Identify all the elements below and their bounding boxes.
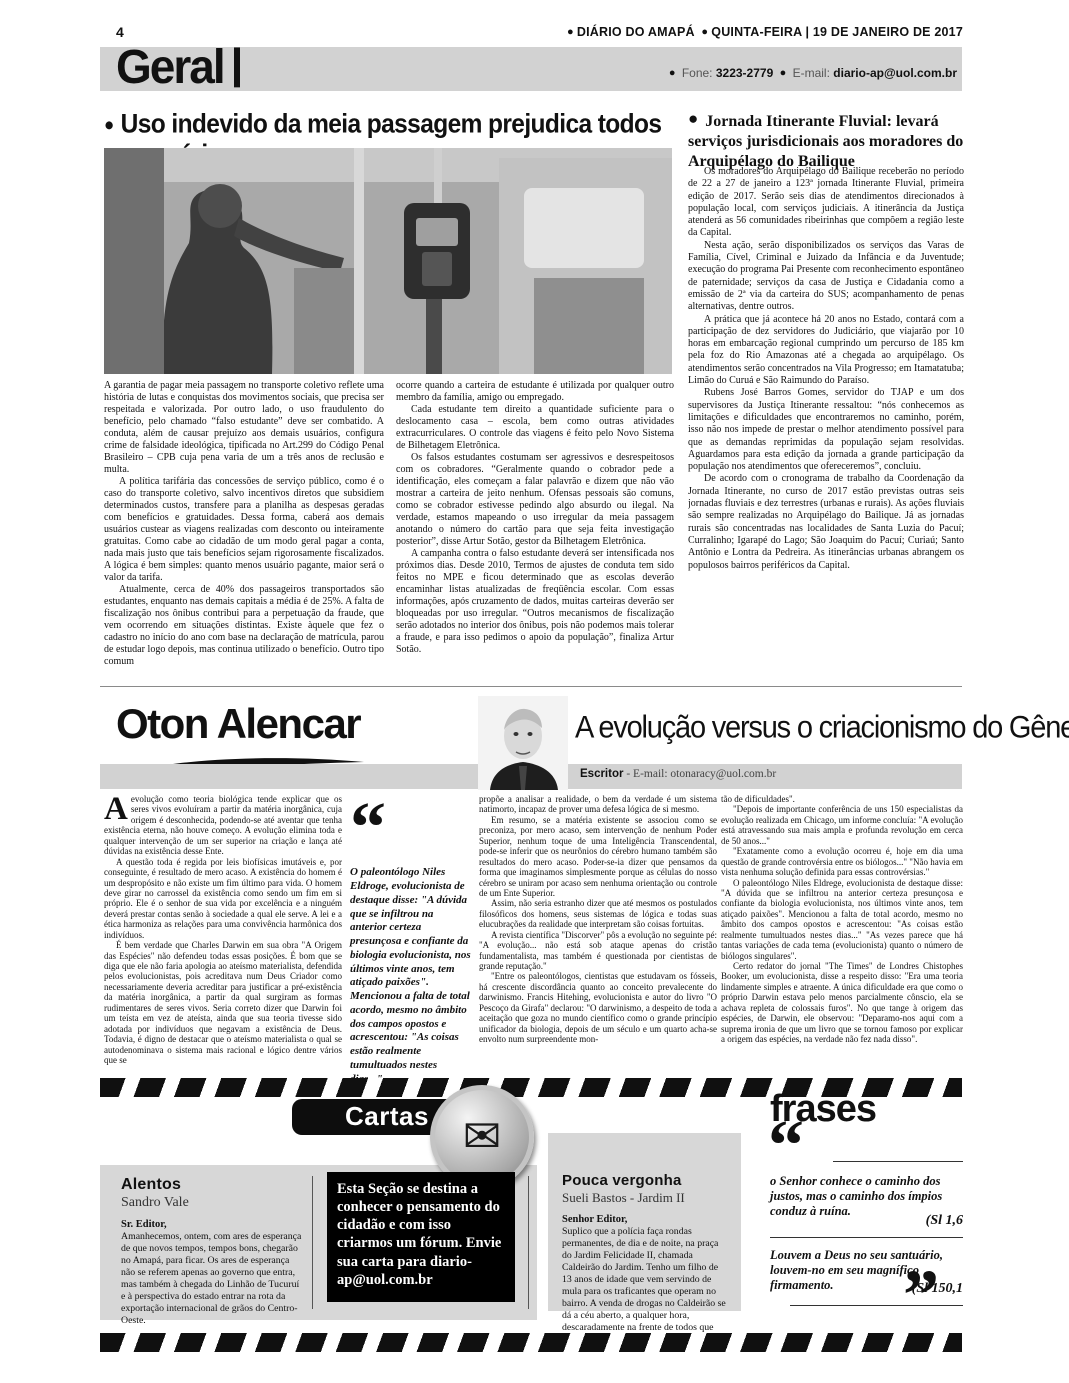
pull-quote-box: “ O paleontólogo Niles Eldroge, evolucio…: [350, 802, 472, 1086]
column-title: A evolução versus o criacionismo do Gêne…: [575, 710, 965, 746]
decorative-film-strip-bottom: [100, 1333, 962, 1352]
letter-author: Sandro Vale: [121, 1195, 303, 1211]
email-icon: ●: [777, 67, 790, 79]
paragraph: A prática que já acontece há 20 anos no …: [688, 314, 964, 388]
frases-rule: [790, 1305, 963, 1306]
letter-author: Sueli Bastos - Jardim II: [562, 1190, 730, 1206]
close-quote-icon: ”: [903, 1270, 935, 1320]
pull-quote-text: O paleontólogo Niles Eldroge, evolucioni…: [350, 866, 472, 1086]
paragraph: "Depois de importante conferência de uns…: [721, 804, 963, 846]
vertical-divider: [528, 1176, 529, 1309]
email-label: E-mail:: [793, 66, 830, 80]
vertical-divider: [312, 1176, 313, 1309]
letter-body: Suplico que a polícia faça rondas perman…: [562, 1226, 730, 1345]
email-address: diario-ap@uol.com.br: [833, 66, 957, 80]
frase-ref-1: (Sl 1,6: [770, 1213, 963, 1229]
paragraph: Em resumo, se a matéria existente se ass…: [479, 815, 717, 899]
phone-icon: ●: [666, 67, 679, 79]
oton-column-3: propõe a analisar a realidade, o bem da …: [479, 794, 717, 1074]
newspaper-page: 4 ●DIÁRIO DO AMAPÁ ●QUINTA-FEIRA | 19 DE…: [0, 0, 1069, 1383]
paragraph: Rubens José Barros Gomes, servidor do TJ…: [688, 387, 964, 473]
date-line: QUINTA-FEIRA | 19 DE JANEIRO DE 2017: [711, 25, 963, 39]
letter-body: Amanhecemos, ontem, com ares de esperanç…: [121, 1231, 303, 1327]
section-title: Geral: [116, 38, 240, 95]
letter-salutation: Senhor Editor,: [562, 1214, 730, 1225]
meia-passagem-column-1: A garantia de pagar meia passagem no tra…: [104, 380, 384, 676]
open-quote-icon: “: [350, 802, 472, 852]
paragraph: O paleontólogo Niles Eldrege, evolucioni…: [721, 878, 963, 962]
paragraph: Cada estudante tem direito a quantidade …: [396, 404, 674, 452]
oton-column-1: Aevolução como teoria biológica tende ex…: [104, 794, 342, 1074]
fone-number: 3223-2779: [716, 66, 773, 80]
bus-photo-illustration: [104, 148, 672, 374]
paragraph: A garantia de pagar meia passagem no tra…: [104, 380, 384, 476]
paragraph: Os falsos estudantes costumam ser agress…: [396, 452, 674, 548]
paragraph: Nesta ação, serão disponibilizados os se…: [688, 240, 964, 314]
drop-cap: A: [104, 794, 131, 823]
byline-role: Escritor: [580, 768, 623, 780]
edition-line: ●DIÁRIO DO AMAPÁ ●QUINTA-FEIRA | 19 DE J…: [564, 25, 963, 39]
jornada-article-body: Os moradores do Arquipélago do Bailique …: [688, 166, 964, 666]
letter-pouca-vergonha: Pouca vergonha Sueli Bastos - Jardim II …: [562, 1172, 730, 1345]
bullet-icon: ●: [698, 26, 711, 38]
open-quote-icon: “: [768, 1120, 800, 1170]
section-title-bar: [234, 47, 240, 87]
contact-line: ● Fone: 3223-2779 ● E-mail: diario-ap@uo…: [666, 66, 957, 80]
oton-column-4: tão de dificuldades". "Depois de importa…: [721, 794, 963, 1074]
paragraph: Assim, não seria estranho dizer que até …: [479, 898, 717, 929]
paragraph: ocorre quando a carteira de estudante é …: [396, 380, 674, 404]
columnist-portrait: [478, 696, 568, 790]
paragraph: A revista científica "Discorver" pôs a e…: [479, 930, 717, 972]
byline-email: - E-mail: otonaracy@uol.com.br: [623, 768, 776, 780]
headline-text: Jornada Itinerante Fluvial: levará servi…: [688, 113, 963, 170]
paragraph: Certo redator do jornal "The Times" de L…: [721, 961, 963, 1045]
fone-label: Fone:: [682, 66, 713, 80]
headline-jornada-itinerante: ●Jornada Itinerante Fluvial: levará serv…: [688, 108, 964, 172]
paper-name: DIÁRIO DO AMAPÁ: [577, 25, 695, 39]
frases-rule: [770, 1237, 963, 1238]
paragraph: A questão toda é regida por leis biofísi…: [104, 857, 342, 941]
article-photo-bus-interior: [104, 148, 672, 374]
letter-salutation: Sr. Editor,: [121, 1219, 303, 1230]
paragraph: É bem verdade que Charles Darwin em sua …: [104, 940, 342, 1065]
columnist-name: Oton Alencar: [116, 700, 360, 748]
letter-alentos: Alentos Sandro Vale Sr. Editor, Amanhece…: [121, 1176, 303, 1327]
section-divider-rule: [100, 686, 962, 687]
paragraph: De acordo com o cronograma de trabalho d…: [688, 473, 964, 571]
paragraph-with-dropcap: Aevolução como teoria biológica tende ex…: [104, 794, 342, 857]
letter-title: Alentos: [121, 1176, 303, 1194]
paragraph: propõe a analisar a realidade, o bem da …: [479, 794, 717, 815]
paragraph: "Entre os paleontólogos, cientistas que …: [479, 971, 717, 1044]
paragraph: "Exatamente como a evolução ocorreu é, h…: [721, 846, 963, 877]
headline-bullet-icon: ●: [688, 109, 698, 128]
letter-title: Pouca vergonha: [562, 1172, 730, 1189]
paragraph: Atualmente, cerca de 40% dos passageiros…: [104, 584, 384, 668]
frases-rule: [833, 1161, 963, 1162]
cartas-invite-box: Esta Seção se destina a conhecer o pensa…: [327, 1172, 515, 1302]
headline-bullet-icon: ●: [104, 114, 114, 135]
paragraph: Os moradores do Arquipélago do Bailique …: [688, 166, 964, 240]
paragraph: evolução como teoria biológica tende exp…: [104, 794, 342, 856]
bullet-icon: ●: [564, 26, 577, 38]
section-title-text: Geral: [116, 39, 224, 94]
column-byline: Escritor - E-mail: otonaracy@uol.com.br: [580, 768, 776, 780]
paragraph: A política tarifária das concessões de s…: [104, 476, 384, 584]
paragraph: A campanha contra o falso estudante deve…: [396, 548, 674, 656]
paragraph: tão de dificuldades".: [721, 794, 963, 804]
meia-passagem-column-2: ocorre quando a carteira de estudante é …: [396, 380, 674, 676]
